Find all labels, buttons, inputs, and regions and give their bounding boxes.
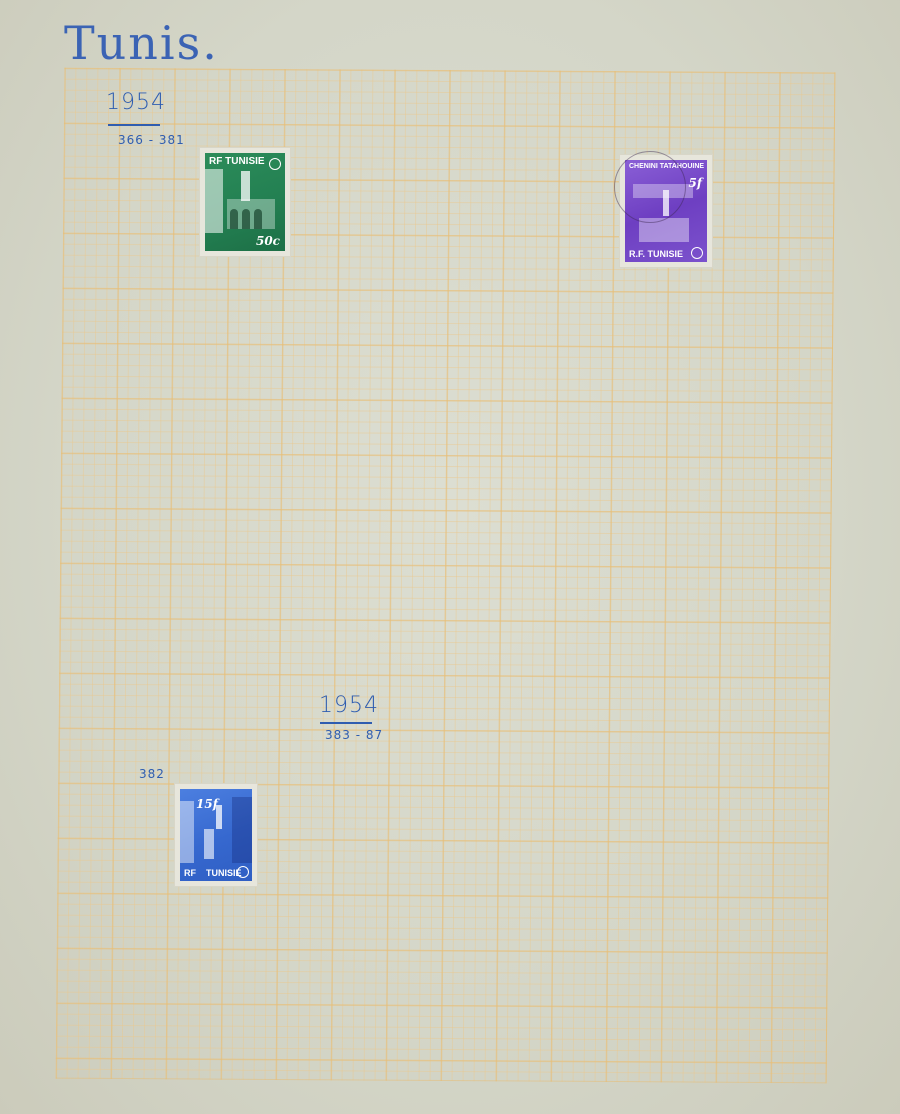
graph-paper-grid bbox=[56, 68, 836, 1084]
stamp-number-label: 382 bbox=[139, 767, 165, 781]
crescent-star-emblem-icon bbox=[269, 158, 281, 170]
stamp-purple-5f[interactable]: CHENINI TATAHOUINE 5f R.F. TUNISIE bbox=[620, 155, 712, 267]
section-year-2-underline bbox=[320, 722, 372, 724]
album-page: Tunis. 1954 366 - 381 1954 383 - 87 382 … bbox=[0, 0, 900, 1114]
crescent-star-emblem-icon bbox=[237, 866, 249, 878]
stamp-blue-15f[interactable]: 15f RF TUNISIE bbox=[175, 784, 257, 886]
section-year-1: 1954 bbox=[106, 90, 166, 115]
stamp-purple-country: R.F. TUNISIE bbox=[629, 249, 683, 259]
page-title: Tunis. bbox=[64, 16, 219, 70]
stamp-blue-rf: RF bbox=[184, 868, 196, 878]
section-catalog-range-2: 383 - 87 bbox=[325, 728, 383, 742]
section-catalog-range-1: 366 - 381 bbox=[118, 133, 185, 147]
postmark-cancel bbox=[614, 151, 686, 223]
stamp-blue-design: 15f RF TUNISIE bbox=[180, 789, 252, 881]
stamp-blue-value: 15f bbox=[196, 797, 218, 811]
section-year-2: 1954 bbox=[319, 693, 379, 718]
stamp-green-value: 50c bbox=[256, 234, 280, 248]
stamp-green-50c[interactable]: RF TUNISIE 50c bbox=[200, 148, 290, 256]
crescent-star-emblem-icon bbox=[691, 247, 703, 259]
stamp-green-design: RF TUNISIE 50c bbox=[205, 153, 285, 251]
stamp-purple-value: 5f bbox=[688, 176, 702, 190]
section-year-1-underline bbox=[108, 124, 160, 126]
stamp-green-country: RF TUNISIE bbox=[209, 156, 265, 167]
